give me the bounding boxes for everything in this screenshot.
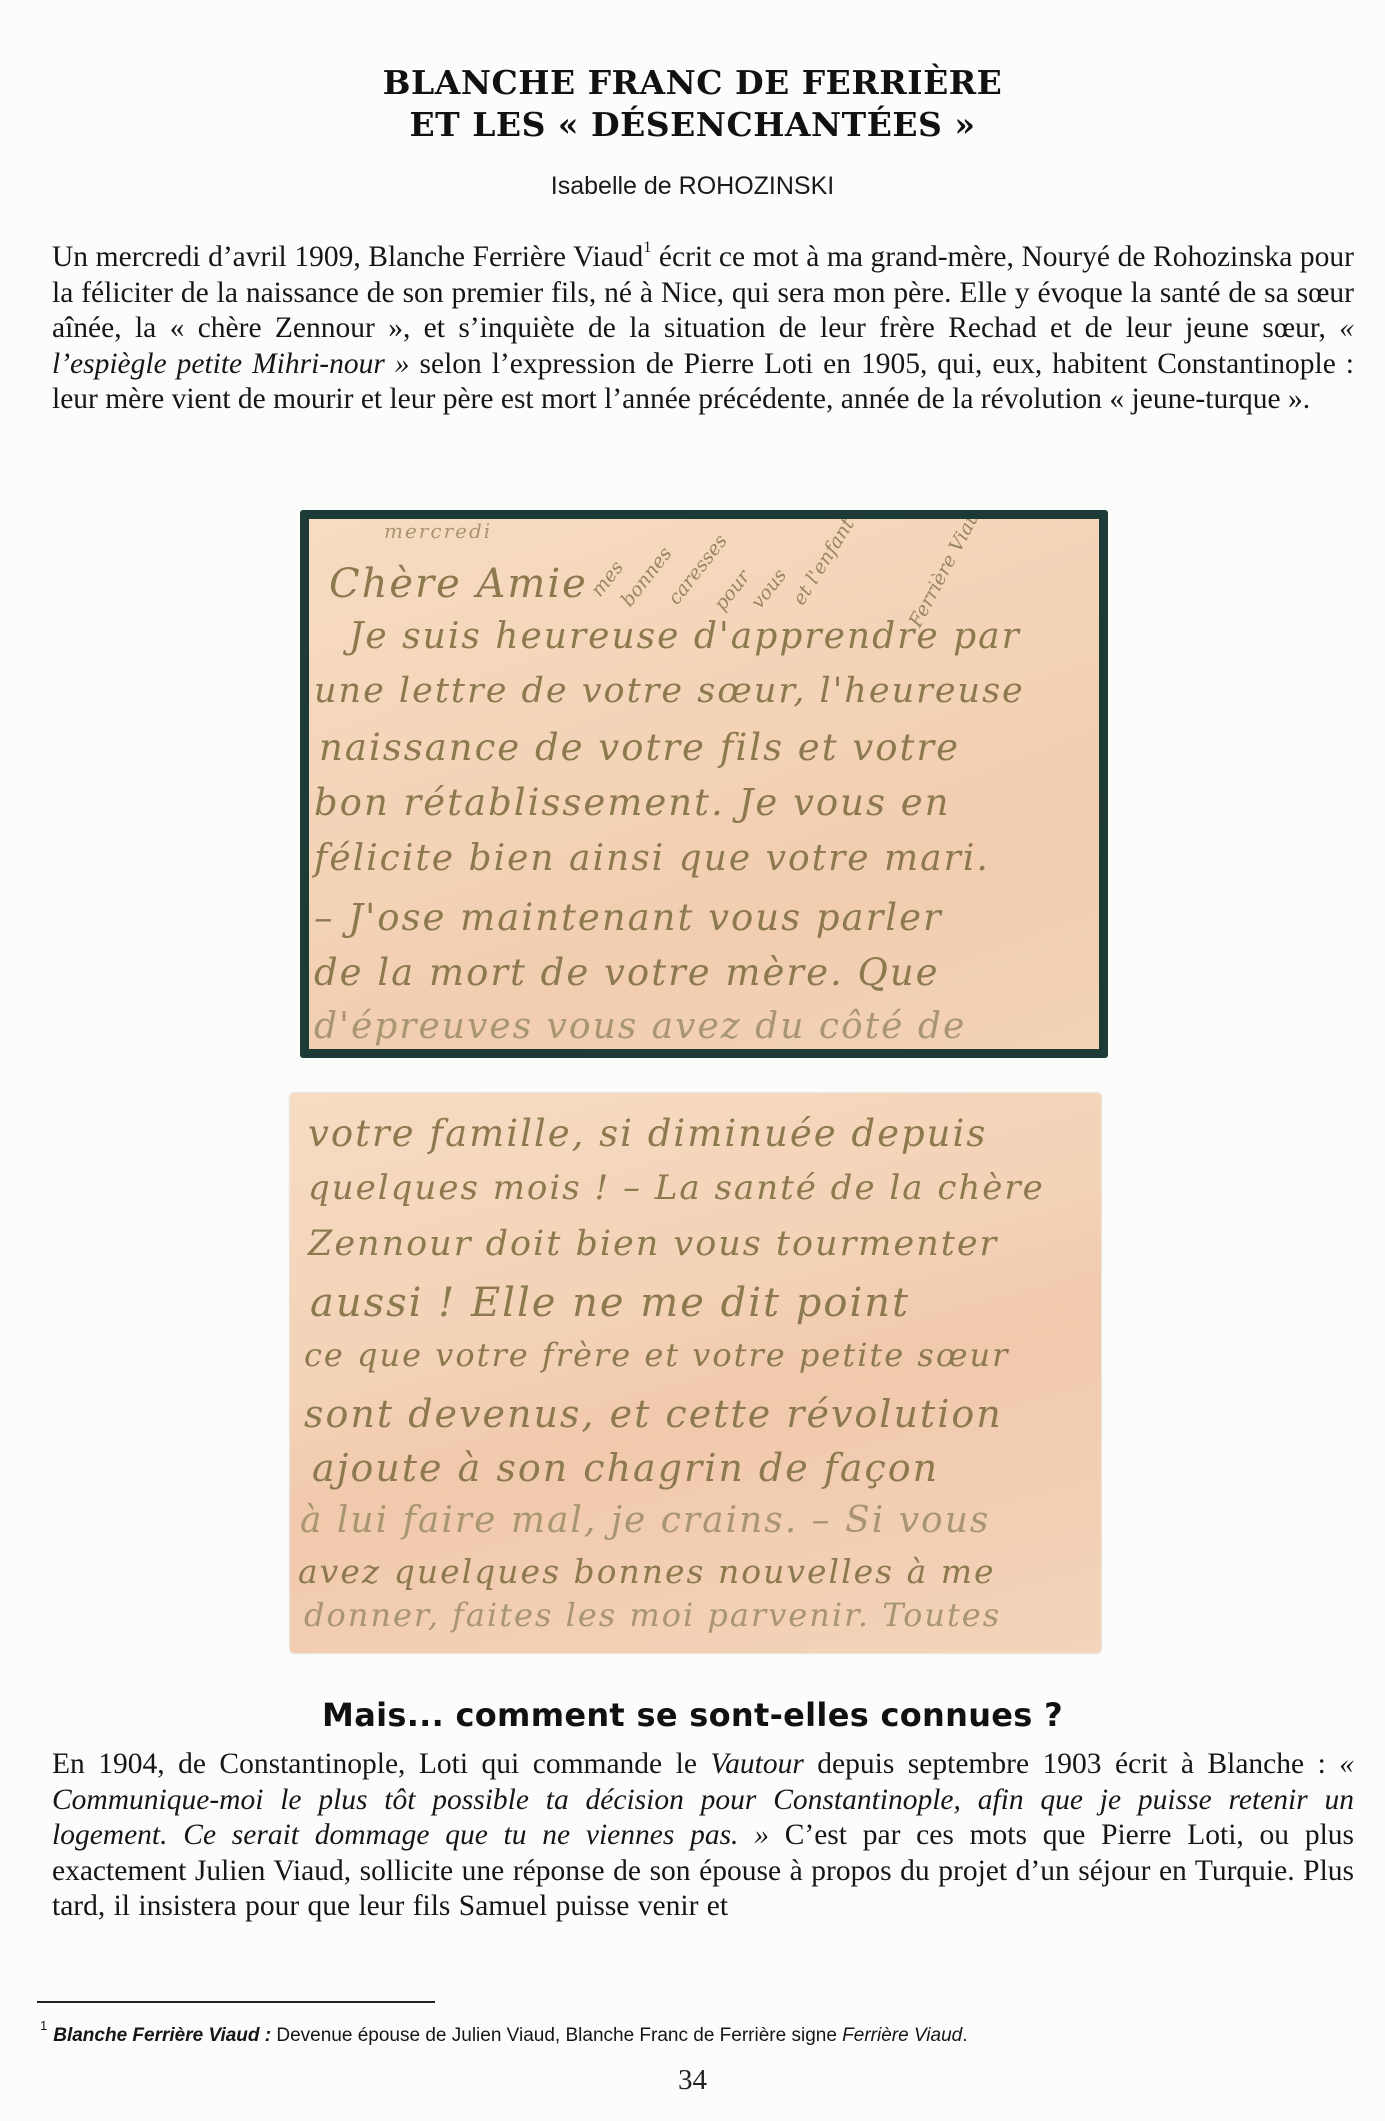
page-number: 34 bbox=[0, 2064, 1385, 2097]
footnote: 1Blanche Ferrière Viaud : Devenue épouse… bbox=[40, 2018, 1340, 2047]
letter2-line: ce que votre frère et votre petite sœur bbox=[304, 1339, 1009, 1371]
letter2-line: aussi ! Elle ne me dit point bbox=[310, 1283, 910, 1323]
intro-text-1: Un mercredi d’avril 1909, Blanche Ferriè… bbox=[52, 241, 643, 273]
letter1-line: – J'ose maintenant vous parler bbox=[314, 899, 943, 936]
letter2-line: quelques mois ! – La santé de la chère bbox=[308, 1171, 1045, 1205]
letter2-line: sont devenus, et cette révolution bbox=[304, 1395, 1003, 1433]
section-paragraph: En 1904, de Constantinople, Loti qui com… bbox=[52, 1747, 1354, 1925]
letter2-line: Zennour doit bien vous tourmenter bbox=[308, 1227, 998, 1262]
letter2-line: ajoute à son chagrin de façon bbox=[312, 1449, 939, 1487]
article-title-line-1: BLANCHE FRANC DE FERRIÈRE bbox=[0, 62, 1385, 104]
letter1-margin-word: vous bbox=[747, 565, 792, 613]
letter2-line: donner, faites les moi parvenir. Toutes bbox=[304, 1599, 1001, 1631]
letter1-line: de la mort de votre mère. Que bbox=[314, 954, 940, 991]
section-text-2: depuis septembre 1903 écrit à Blanche : bbox=[804, 1748, 1339, 1780]
letter2-line: avez quelques bonnes nouvelles à me bbox=[298, 1555, 996, 1588]
letter1-line: une lettre de votre sœur, l'heureuse bbox=[314, 674, 1025, 709]
letter1-margin-word: bonnes bbox=[617, 543, 677, 611]
letter1-line: Je suis heureuse d'apprendre par bbox=[349, 619, 1021, 655]
letter2-line: à lui faire mal, je crains. – Si vous bbox=[300, 1503, 990, 1539]
letter1-line: d'épreuves vous avez du côté de bbox=[314, 1009, 966, 1045]
author-name: Isabelle de ROHOZINSKI bbox=[0, 172, 1385, 201]
footnote-signature: Ferrière Viaud bbox=[842, 2025, 962, 2046]
letter-image-page-2: votre famille, si diminuée depuis quelqu… bbox=[290, 1093, 1101, 1653]
footnote-term: Blanche Ferrière Viaud : bbox=[53, 2025, 271, 2046]
letter1-margin-word: pour bbox=[710, 566, 755, 615]
intro-paragraph: Un mercredi d’avril 1909, Blanche Ferriè… bbox=[52, 240, 1354, 418]
letter1-margin-word: et l'enfant bbox=[788, 514, 859, 609]
section-text-1: En 1904, de Constantinople, Loti qui com… bbox=[52, 1748, 710, 1780]
letter1-margin-signature: Ferrière Viaud bbox=[905, 510, 990, 631]
section-heading: Mais... comment se sont-elles connues ? bbox=[0, 1696, 1385, 1734]
article-title-line-2: ET LES « DÉSENCHANTÉES » bbox=[0, 104, 1385, 146]
letter1-line: naissance de votre fils et votre bbox=[319, 729, 960, 766]
footnote-separator bbox=[37, 2001, 435, 2003]
footnote-end: . bbox=[962, 2025, 967, 2046]
letter1-line: Chère Amie bbox=[329, 564, 588, 604]
letter1-line: bon rétablissement. Je vous en bbox=[314, 784, 950, 821]
ship-name: Vautour bbox=[710, 1748, 803, 1780]
letter1-date-note: mercredi bbox=[384, 521, 492, 541]
footnote-number: 1 bbox=[40, 2018, 47, 2033]
letter2-line: votre famille, si diminuée depuis bbox=[308, 1115, 987, 1152]
letter-image-page-1: mercredi mes bonnes caresses pour vous e… bbox=[300, 510, 1108, 1058]
letter1-line: félicite bien ainsi que votre mari. bbox=[314, 841, 990, 877]
footnote-text: Devenue épouse de Julien Viaud, Blanche … bbox=[271, 2025, 842, 2046]
